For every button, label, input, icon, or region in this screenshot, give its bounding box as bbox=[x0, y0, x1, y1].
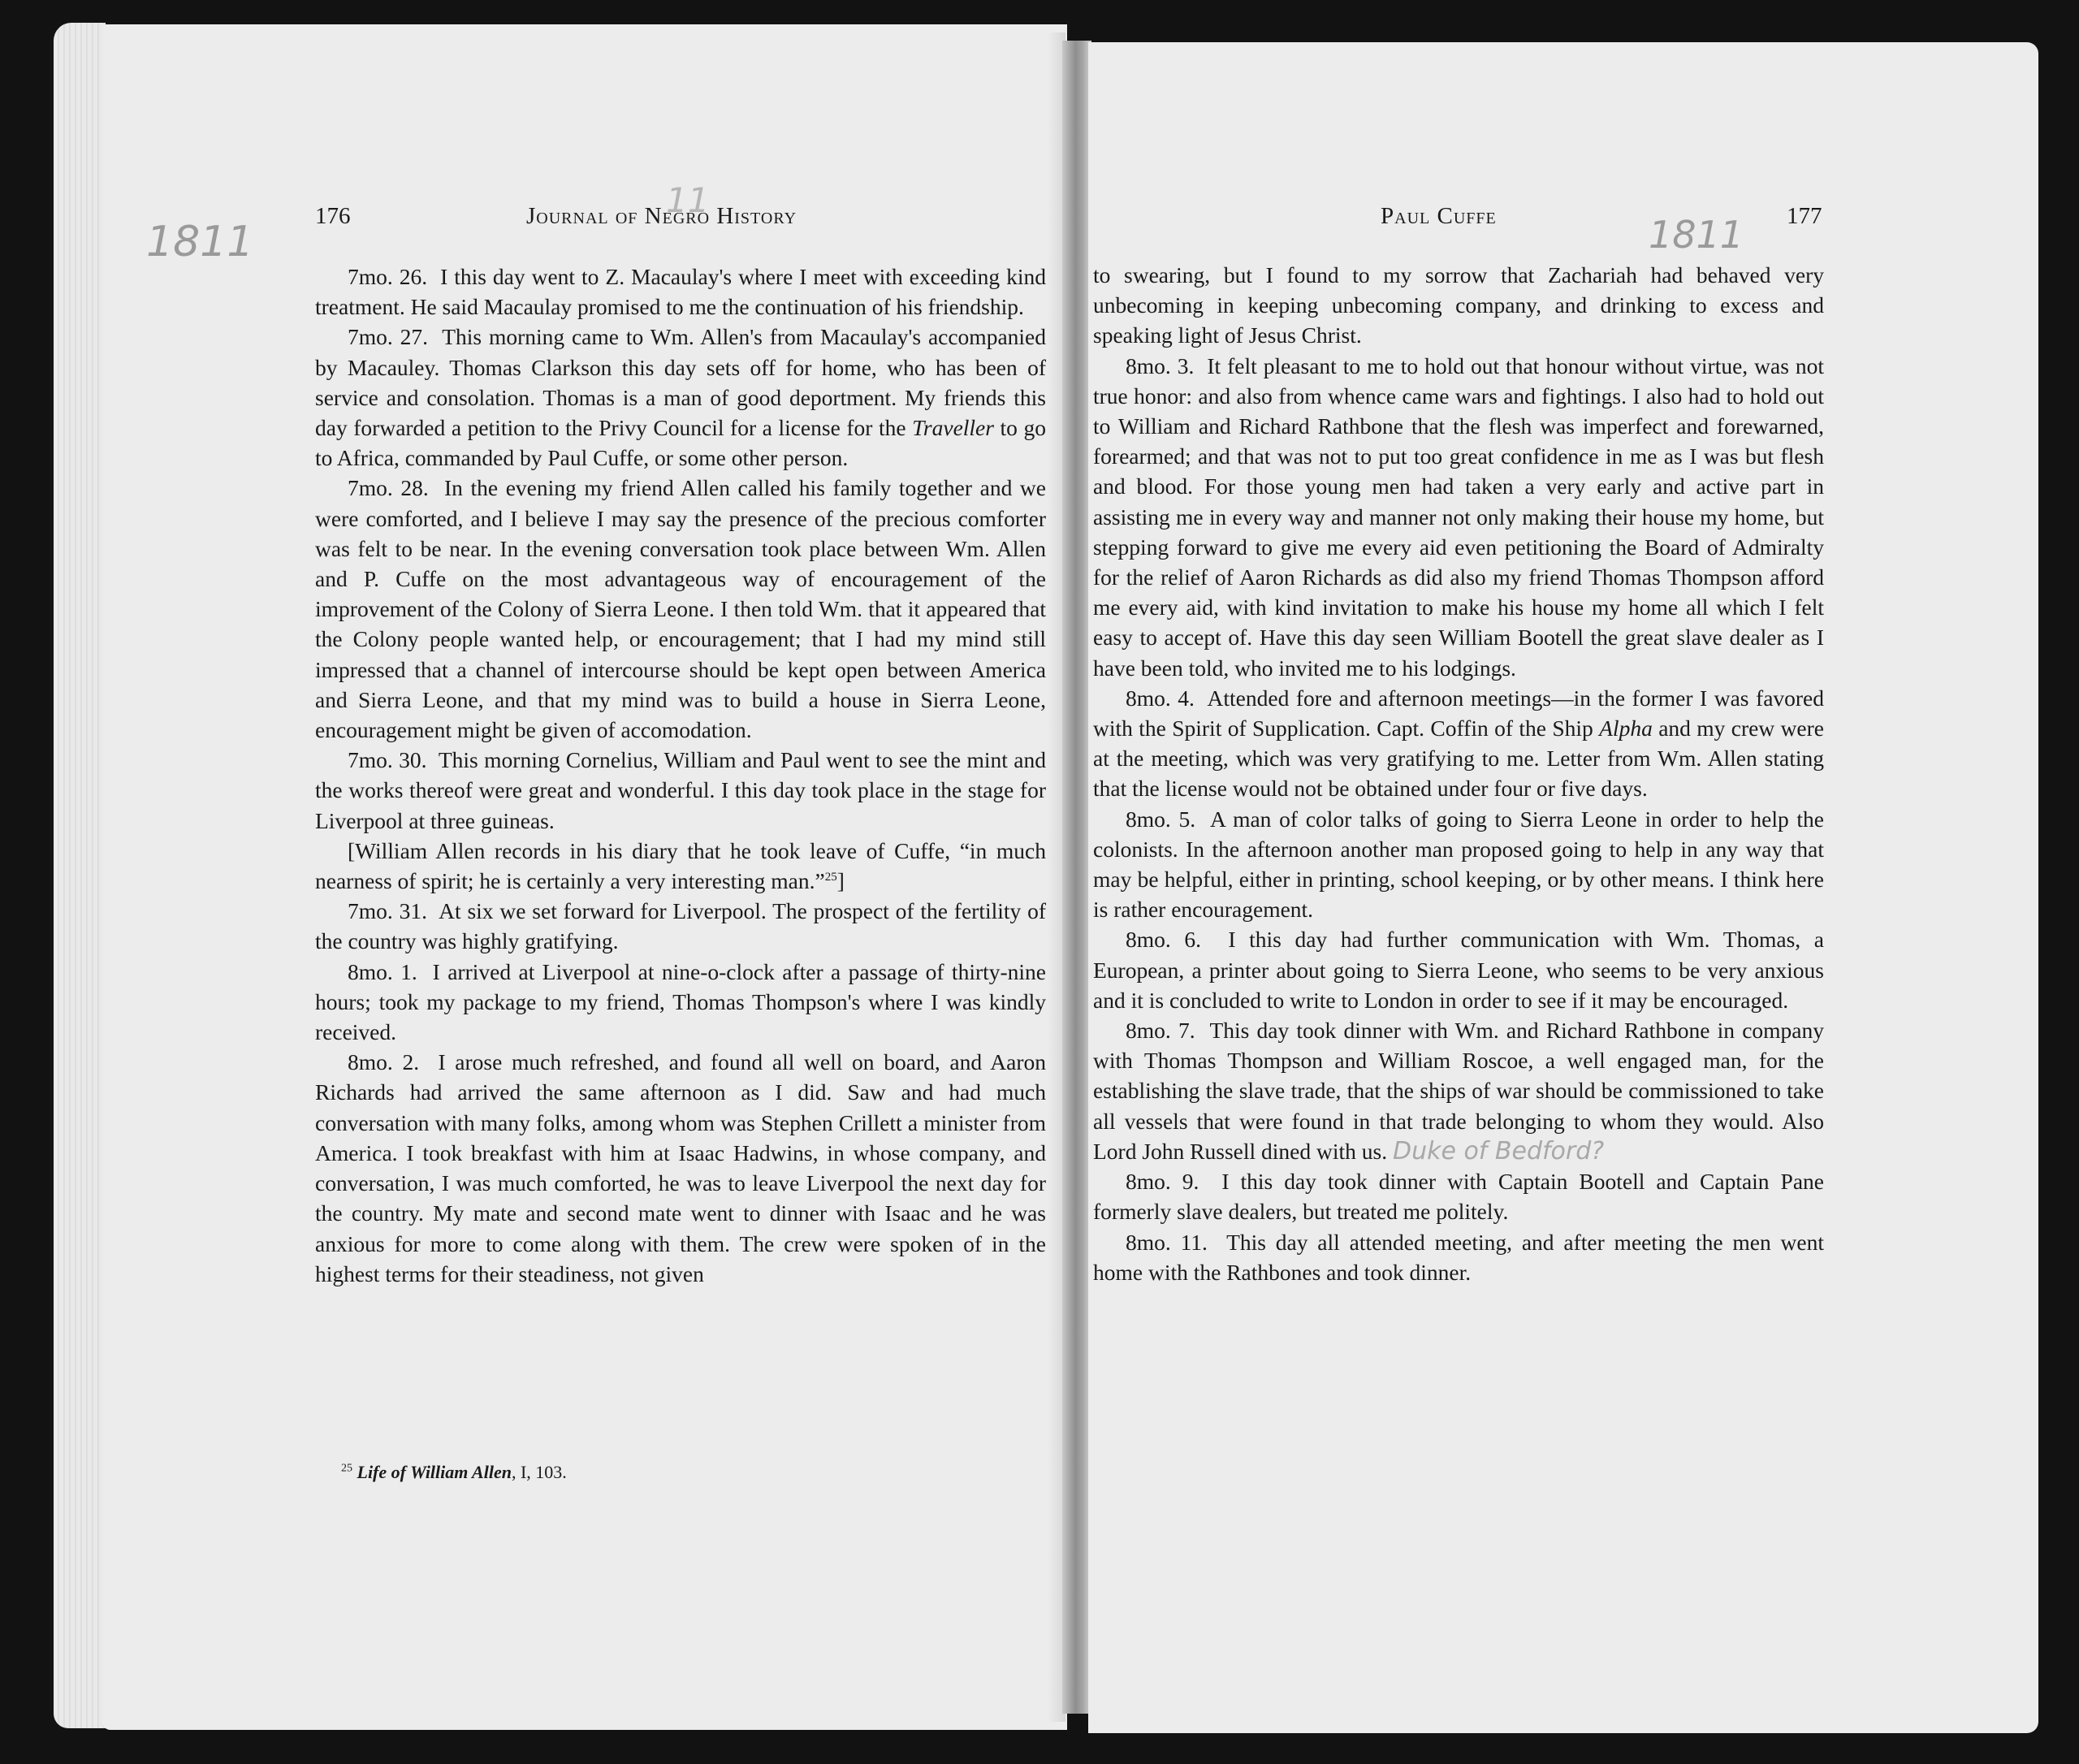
diary-entry: 8mo. 6. I this day had further communica… bbox=[1093, 924, 1824, 1015]
diary-entry: 8mo. 1. I arrived at Liverpool at nine-o… bbox=[315, 957, 1046, 1048]
ship-name: Traveller bbox=[912, 415, 994, 440]
entry-date: 7mo. 30. bbox=[348, 747, 427, 772]
diary-entry: 7mo. 26. I this day went to Z. Macaulay'… bbox=[315, 262, 1046, 322]
diary-entry: 8mo. 5. A man of color talks of going to… bbox=[1093, 804, 1824, 925]
bracket-close: ] bbox=[837, 868, 845, 893]
entry-text: [William Allen records in his diary that… bbox=[315, 838, 1046, 893]
diary-entry: 8mo. 9. I this day took dinner with Capt… bbox=[1093, 1166, 1824, 1226]
continued-text: to swearing, but I found to my sorrow th… bbox=[1093, 260, 1824, 351]
diary-entry: 7mo. 28. In the evening my friend Allen … bbox=[315, 473, 1046, 745]
diary-entry: 7mo. 27. This morning came to Wm. Allen'… bbox=[315, 322, 1046, 473]
diary-entry: 7mo. 31. At six we set forward for Liver… bbox=[315, 896, 1046, 956]
entry-date: 7mo. 27. bbox=[348, 324, 428, 349]
entry-text: I arose much refreshed, and found all we… bbox=[315, 1049, 1046, 1286]
diary-entry: 7mo. 30. This morning Cornelius, William… bbox=[315, 745, 1046, 836]
entry-text: I this day had further communication wit… bbox=[1093, 927, 1824, 1012]
page-number-left: 176 bbox=[315, 203, 351, 230]
diary-entry: 8mo. 4. Attended fore and afternoon meet… bbox=[1093, 683, 1824, 804]
right-page-body: to swearing, but I found to my sorrow th… bbox=[1093, 260, 1824, 1287]
page-stack-edges bbox=[54, 23, 106, 1728]
diary-entry: 8mo. 7. This day took dinner with Wm. an… bbox=[1093, 1015, 1824, 1166]
entry-text: A man of color talks of going to Sierra … bbox=[1093, 806, 1824, 923]
running-head-left: Journal of Negro History bbox=[526, 203, 797, 230]
entry-text: I arrived at Liverpool at nine-o-clock a… bbox=[315, 959, 1046, 1044]
book-spine-gutter bbox=[1062, 41, 1091, 1714]
entry-date: 7mo. 26. bbox=[348, 264, 427, 289]
entry-text: In the evening my friend Allen called hi… bbox=[315, 475, 1046, 742]
footnote: 25 Life of William Allen, I, 103. bbox=[341, 1462, 567, 1483]
entry-date: 8mo. 4. bbox=[1126, 685, 1195, 711]
footnote-ref[interactable]: 25 bbox=[825, 871, 837, 884]
margin-note-year-right: 1811 bbox=[1649, 213, 1744, 257]
entry-date: 8mo. 2. bbox=[348, 1049, 419, 1074]
entry-date: 8mo. 11. bbox=[1126, 1230, 1208, 1255]
footnote-ref-text: , I, 103. bbox=[512, 1462, 567, 1482]
entry-date: 8mo. 6. bbox=[1126, 927, 1201, 952]
page-number-right: 177 bbox=[1787, 203, 1822, 230]
entry-text: I this day took dinner with Captain Boot… bbox=[1093, 1169, 1824, 1224]
footnote-title: Life of William Allen bbox=[357, 1462, 512, 1482]
diary-entry: 8mo. 3. It felt pleasant to me to hold o… bbox=[1093, 351, 1824, 683]
ship-name: Alpha bbox=[1599, 716, 1653, 741]
diary-entry: 8mo. 11. This day all attended meeting, … bbox=[1093, 1227, 1824, 1287]
entry-date: 8mo. 1. bbox=[348, 959, 417, 984]
margin-note-year-left: 1811 bbox=[146, 218, 253, 266]
entry-text: It felt pleasant to me to hold out that … bbox=[1093, 353, 1824, 681]
handwritten-annotation: Duke of Bedford? bbox=[1393, 1137, 1604, 1165]
footnote-number: 25 bbox=[341, 1463, 352, 1475]
running-head-right: Paul Cuffe bbox=[1381, 203, 1497, 230]
entry-date: 8mo. 5. bbox=[1126, 806, 1195, 832]
left-page-body: 7mo. 26. I this day went to Z. Macaulay'… bbox=[315, 262, 1046, 1289]
entry-date: 8mo. 9. bbox=[1126, 1169, 1199, 1194]
entry-date: 8mo. 3. bbox=[1126, 353, 1194, 378]
entry-date: 7mo. 31. bbox=[348, 898, 427, 923]
entry-date: 7mo. 28. bbox=[348, 475, 429, 500]
diary-entry: 8mo. 2. I arose much refreshed, and foun… bbox=[315, 1047, 1046, 1289]
editorial-note: [William Allen records in his diary that… bbox=[315, 836, 1046, 896]
entry-date: 8mo. 7. bbox=[1126, 1018, 1195, 1043]
